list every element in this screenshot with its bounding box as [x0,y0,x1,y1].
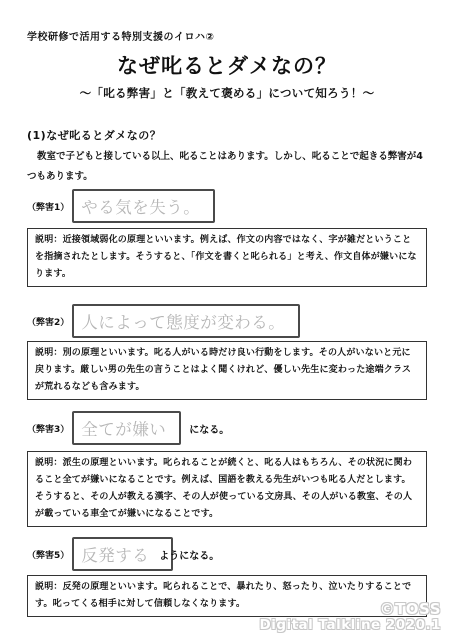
harm-description-box-3: 説明：派生の原理といいます。叱られることが続くと、叱る人はもちろん、その状況に関… [27,451,427,527]
harm-answer-box-3: 全てが嫌い [72,411,181,445]
harm-answer-box-1: やる気を失う。 [72,189,215,223]
worksheet-page: 学校研修で活用する特別支援のイロハ② なぜ叱るとダメなの？ ～「叱る弊害」と「教… [0,0,453,617]
footer-credit: ©TOSS Digital Talkline 2020.1 [259,601,441,634]
harm-label-4: （弊害5） [27,548,69,561]
harm-label-3: （弊害3） [27,422,69,435]
harm-row-2: （弊害2） 人によって態度が変わる。 [27,304,427,338]
page-title: なぜ叱るとダメなの？ [27,50,427,80]
page-subtitle: ～「叱る弊害」と「教えて褒める」について知ろう！～ [27,85,427,101]
harm-description-box-1: 説明：近接領域弱化の原理といいます。例えば、作文の内容ではなく、字が雑だというこ… [27,228,427,287]
harm-block-2: （弊害2） 人によって態度が変わる。 説明：別の原理といいます。叱る人がいる時だ… [27,304,427,400]
harm-answer-text-1: やる気を失う。 [81,194,200,218]
harm-answer-box-4: 反発する [72,537,173,571]
credit-text: Digital Talkline 2020.1 [259,618,441,634]
harm-answer-text-2: 人によって態度が変わる。 [81,309,285,333]
harm-suffix-4: ようになる。 [159,547,219,562]
section-heading: (1)なぜ叱るとダメなの？ [27,127,427,143]
copyright-text: ©TOSS [259,601,441,618]
harm-description-box-2: 説明：別の原理といいます。叱る人がいる時だけ良い行動をします。その人がいないと元… [27,341,427,400]
harm-row-4: （弊害5） 反発する ようになる。 [27,537,427,571]
harm-suffix-3: になる。 [189,421,229,436]
harm-row-1: （弊害1） やる気を失う。 [27,189,427,223]
harm-answer-box-2: 人によって態度が変わる。 [72,304,300,338]
harm-label-1: （弊害1） [27,200,69,213]
harm-label-2: （弊害2） [27,315,69,328]
harm-block-1: （弊害1） やる気を失う。 説明：近接領域弱化の原理といいます。例えば、作文の内… [27,189,427,287]
series-label: 学校研修で活用する特別支援のイロハ② [27,28,427,43]
harm-answer-text-3: 全てが嫌い [81,416,166,440]
harm-block-3: （弊害3） 全てが嫌い になる。 説明：派生の原理といいます。叱られることが続く… [27,411,427,527]
harm-row-3: （弊害3） 全てが嫌い になる。 [27,411,427,445]
intro-paragraph: 教室で子どもと接している以上、叱ることはあります。しかし、叱ることで起きる弊害が… [27,147,427,187]
harm-answer-text-4: 反発する [81,542,149,566]
